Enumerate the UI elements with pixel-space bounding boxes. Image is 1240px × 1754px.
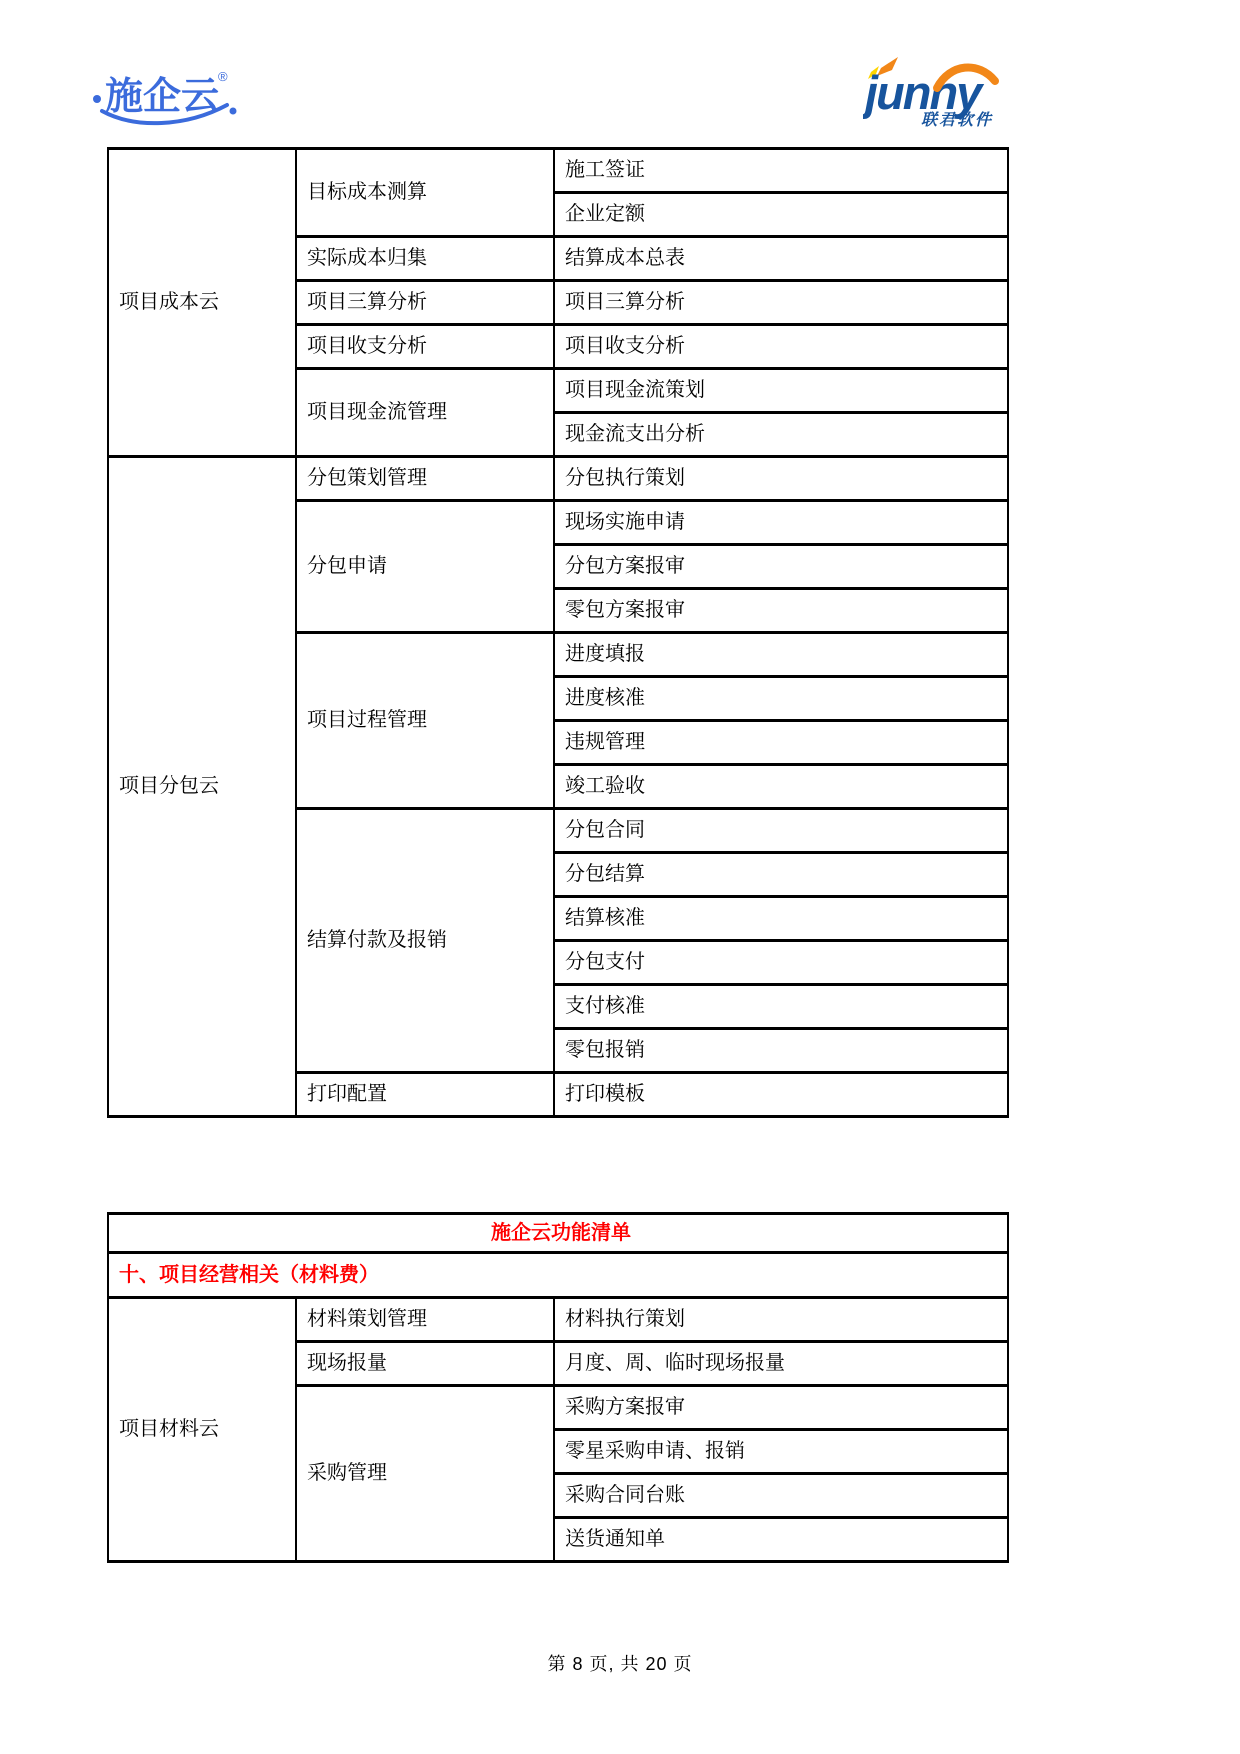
group-cell: 结算付款及报销 xyxy=(296,809,554,1073)
item-cell: 送货通知单 xyxy=(554,1518,1008,1562)
group-cell: 采购管理 xyxy=(296,1386,554,1562)
item-cell: 分包支付 xyxy=(554,941,1008,985)
item-cell: 零星采购申请、报销 xyxy=(554,1430,1008,1474)
group-cell: 项目现金流管理 xyxy=(296,369,554,457)
item-cell: 分包结算 xyxy=(554,853,1008,897)
group-cell: 打印配置 xyxy=(296,1073,554,1117)
item-cell: 零包方案报审 xyxy=(554,589,1008,633)
item-cell: 结算成本总表 xyxy=(554,237,1008,281)
group-cell: 项目收支分析 xyxy=(296,325,554,369)
document-page: 施企云 ® junny 联君软件 项目成本云目标成本测算施工签证企业定额实际成本… xyxy=(0,0,1240,1754)
table-row: 项目分包云分包策划管理分包执行策划 xyxy=(108,457,1008,501)
item-cell: 现场实施申请 xyxy=(554,501,1008,545)
item-cell: 月度、周、临时现场报量 xyxy=(554,1342,1008,1386)
item-cell: 零包报销 xyxy=(554,1029,1008,1073)
group-cell: 项目过程管理 xyxy=(296,633,554,809)
logo-subtext: 联君软件 xyxy=(921,111,993,129)
section-heading-row: 十、项目经营相关（材料费） xyxy=(108,1253,1008,1298)
module-cell: 项目成本云 xyxy=(108,149,296,457)
page-number: 第 8 页, 共 20 页 xyxy=(0,1650,1240,1676)
feature-table-continued-body: 项目成本云目标成本测算施工签证企业定额实际成本归集结算成本总表项目三算分析项目三… xyxy=(108,149,1008,1117)
group-cell: 材料策划管理 xyxy=(296,1298,554,1342)
item-cell: 企业定额 xyxy=(554,193,1008,237)
item-cell: 项目现金流策划 xyxy=(554,369,1008,413)
table-title-row: 施企云功能清单 xyxy=(108,1214,1008,1253)
item-cell: 材料执行策划 xyxy=(554,1298,1008,1342)
shiqiyun-logo-graphic: 施企云 ® xyxy=(90,54,242,129)
item-cell: 竣工验收 xyxy=(554,765,1008,809)
item-cell: 结算核准 xyxy=(554,897,1008,941)
feature-table-materials-body: 施企云功能清单十、项目经营相关（材料费）项目材料云材料策划管理材料执行策划现场报… xyxy=(108,1214,1008,1562)
junny-logo: junny 联君软件 xyxy=(863,55,1013,130)
logo-dot-left xyxy=(93,95,101,103)
item-cell: 违规管理 xyxy=(554,721,1008,765)
item-cell: 分包执行策划 xyxy=(554,457,1008,501)
item-cell: 打印模板 xyxy=(554,1073,1008,1117)
item-cell: 采购合同台账 xyxy=(554,1474,1008,1518)
group-cell: 现场报量 xyxy=(296,1342,554,1386)
registered-mark-icon: ® xyxy=(218,69,228,84)
group-cell: 分包申请 xyxy=(296,501,554,633)
group-cell: 分包策划管理 xyxy=(296,457,554,501)
junny-logo-graphic: junny 联君软件 xyxy=(863,55,1013,130)
section-heading: 十、项目经营相关（材料费） xyxy=(108,1253,1008,1298)
item-cell: 项目三算分析 xyxy=(554,281,1008,325)
item-cell: 采购方案报审 xyxy=(554,1386,1008,1430)
item-cell: 支付核准 xyxy=(554,985,1008,1029)
item-cell: 进度填报 xyxy=(554,633,1008,677)
feature-table-materials: 施企云功能清单十、项目经营相关（材料费）项目材料云材料策划管理材料执行策划现场报… xyxy=(107,1212,1009,1563)
item-cell: 现金流支出分析 xyxy=(554,413,1008,457)
logo-dot-right xyxy=(230,108,237,115)
table-title: 施企云功能清单 xyxy=(108,1214,1008,1253)
table-row: 项目材料云材料策划管理材料执行策划 xyxy=(108,1298,1008,1342)
item-cell: 分包合同 xyxy=(554,809,1008,853)
module-cell: 项目材料云 xyxy=(108,1298,296,1562)
item-cell: 进度核准 xyxy=(554,677,1008,721)
feature-table-continued: 项目成本云目标成本测算施工签证企业定额实际成本归集结算成本总表项目三算分析项目三… xyxy=(107,147,1009,1118)
group-cell: 项目三算分析 xyxy=(296,281,554,325)
shiqiyun-logo: 施企云 ® xyxy=(90,54,242,129)
item-cell: 分包方案报审 xyxy=(554,545,1008,589)
item-cell: 项目收支分析 xyxy=(554,325,1008,369)
group-cell: 目标成本测算 xyxy=(296,149,554,237)
item-cell: 施工签证 xyxy=(554,149,1008,193)
module-cell: 项目分包云 xyxy=(108,457,296,1117)
table-row: 项目成本云目标成本测算施工签证 xyxy=(108,149,1008,193)
group-cell: 实际成本归集 xyxy=(296,237,554,281)
logo-wordmark: 施企云 xyxy=(105,76,219,118)
